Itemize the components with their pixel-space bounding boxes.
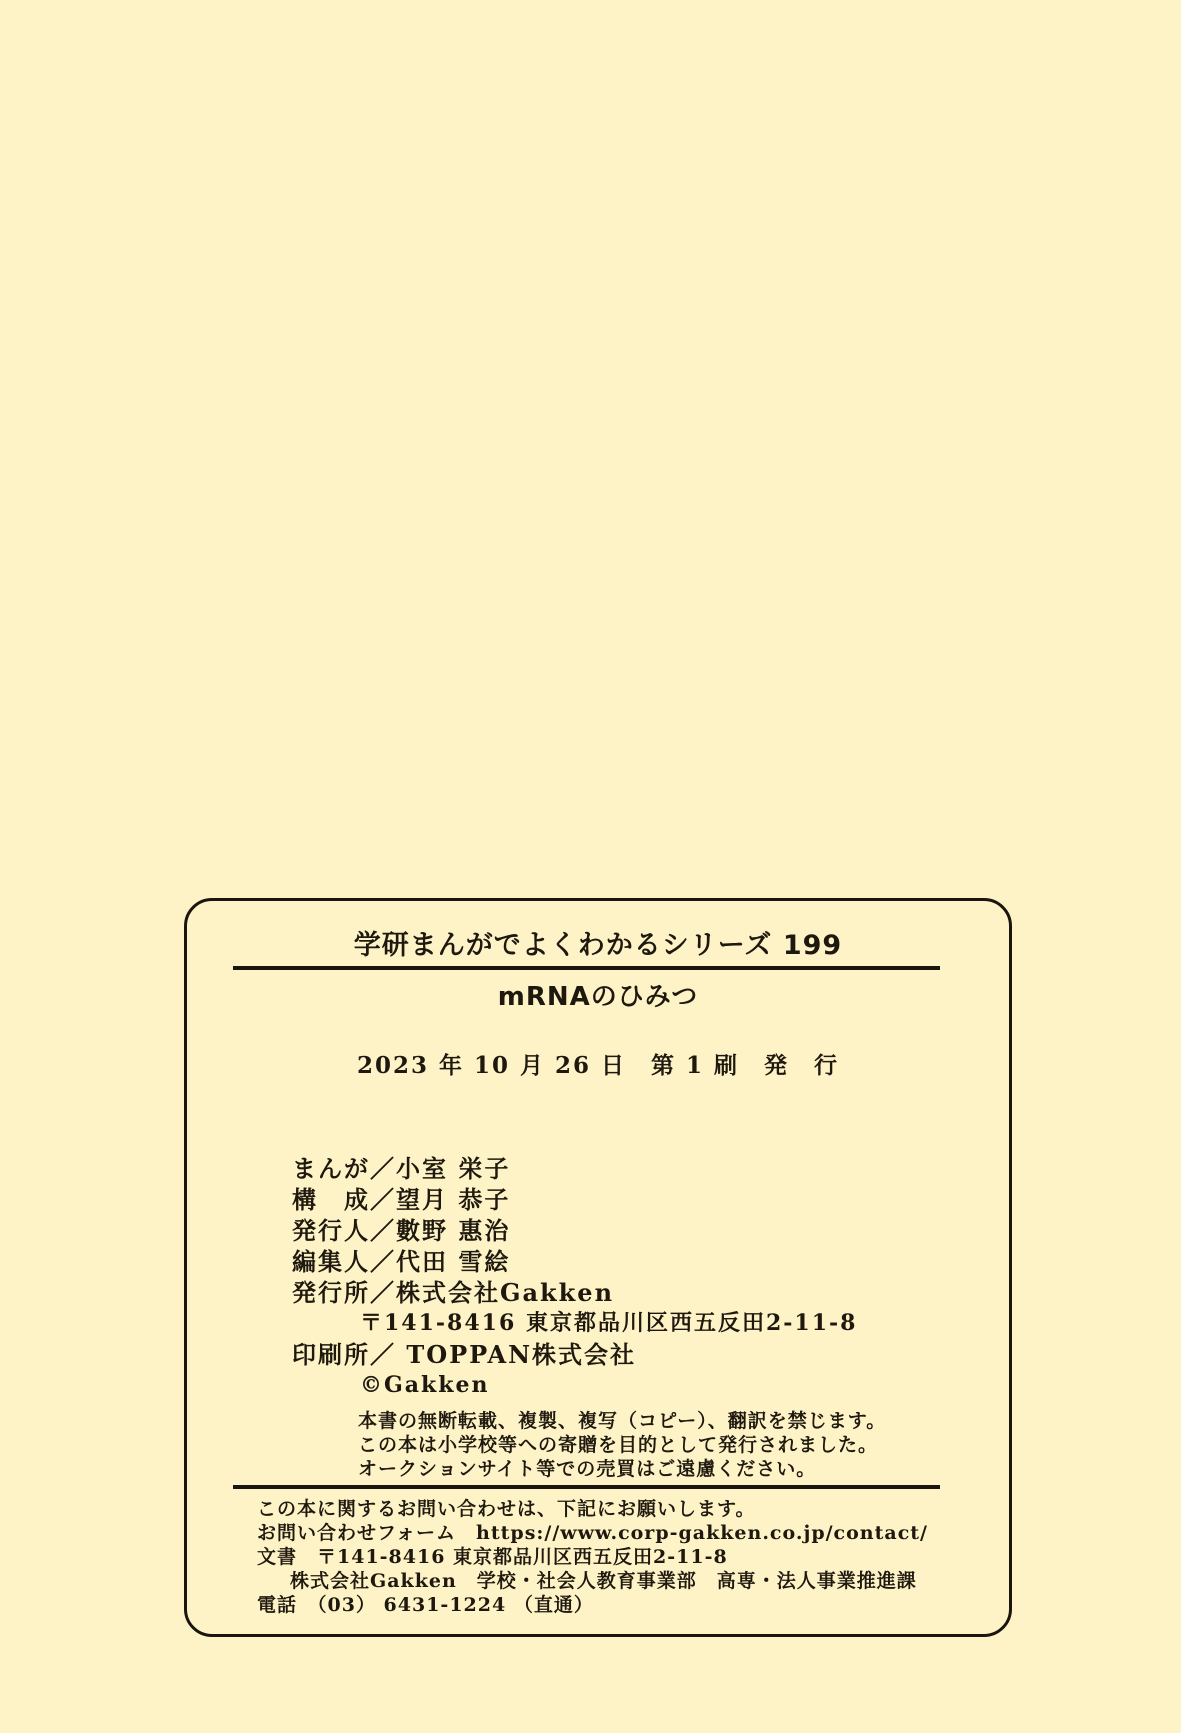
credit-line-manga: まんが／小室 栄子	[292, 1153, 1009, 1184]
notice-line-no-resale: オークションサイト等での売買はご遠慮ください。	[358, 1457, 1009, 1481]
legal-notice-block: 本書の無断転載、複製、複写（コピー）、翻訳を禁じます。 この本は小学校等への寄贈…	[358, 1409, 1009, 1481]
credit-line-kousei: 構 成／望月 恭子	[292, 1184, 1009, 1215]
contact-divider-rule	[233, 1485, 940, 1489]
contact-phone-line: 電話 （03） 6431-1224 （直通）	[257, 1593, 1009, 1617]
publisher-address: 〒141-8416 東京都品川区西五反田2-11-8	[292, 1308, 1009, 1339]
credits-block: まんが／小室 栄子 構 成／望月 恭子 発行人／數野 惠治 編集人／代田 雪絵 …	[292, 1153, 1009, 1401]
contact-division-line: 株式会社Gakken 学校・社会人教育事業部 高専・法人事業推進課	[257, 1569, 1009, 1593]
series-title: 学研まんがでよくわかるシリーズ 199	[187, 932, 1009, 960]
copyright-line: ©Gakken	[292, 1370, 1009, 1401]
credit-line-hakkounin: 発行人／數野 惠治	[292, 1215, 1009, 1246]
notice-line-donation: この本は小学校等への寄贈を目的として発行されました。	[358, 1433, 1009, 1457]
credit-line-insatsusho: 印刷所／ TOPPAN株式会社	[292, 1339, 1009, 1370]
colophon-box: 学研まんがでよくわかるシリーズ 199 mRNAのひみつ 2023 年 10 月…	[184, 898, 1012, 1637]
credit-line-hakkousho: 発行所／株式会社Gakken	[292, 1277, 1009, 1308]
credit-line-henshunin: 編集人／代田 雪絵	[292, 1246, 1009, 1277]
contact-heading: この本に関するお問い合わせは、下記にお願いします。	[257, 1497, 1009, 1521]
contact-form-url-line: お問い合わせフォーム https://www.corp-gakken.co.jp…	[257, 1521, 1009, 1545]
scanned-book-page: { "page": { "background_color": "#fdf3c7…	[0, 0, 1181, 1733]
book-title: mRNAのひみつ	[187, 982, 1009, 1012]
contact-mail-line: 文書 〒141-8416 東京都品川区西五反田2-11-8	[257, 1545, 1009, 1569]
publication-date: 2023 年 10 月 26 日 第 1 刷 発 行	[187, 1053, 1009, 1079]
series-title-rule	[233, 966, 940, 970]
notice-line-no-reproduction: 本書の無断転載、複製、複写（コピー）、翻訳を禁じます。	[358, 1409, 1009, 1433]
contact-block: この本に関するお問い合わせは、下記にお願いします。 お問い合わせフォーム htt…	[257, 1497, 1009, 1617]
